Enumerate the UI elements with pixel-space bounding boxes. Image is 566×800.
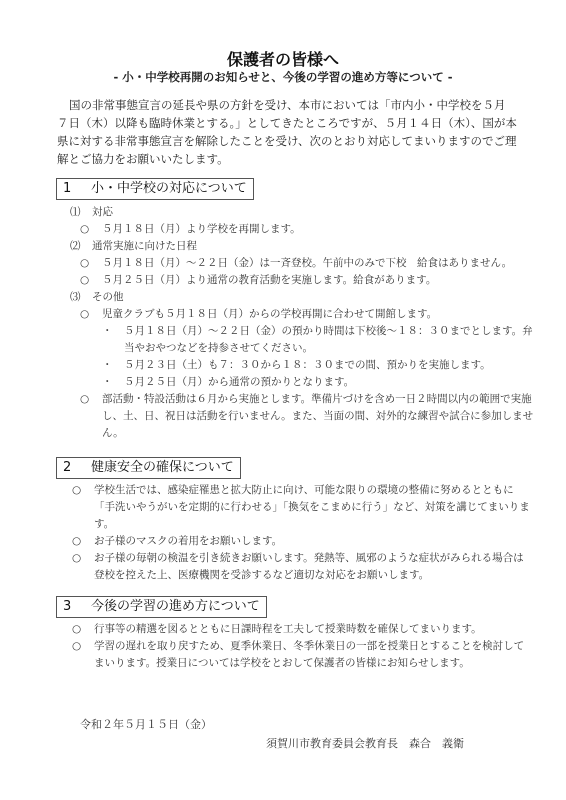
circle-bullet-icon: ○ — [80, 391, 102, 442]
intro-text: 国の非常事態宣言の延長や県の方針を受け、本市においては「市内小・中学校を５月７日… — [57, 96, 517, 168]
section-title: 小・中学校の対応について — [91, 181, 247, 196]
dot-bullet-icon: ・ — [102, 357, 124, 374]
list-item-nested: ・ ５月２３日（土）も７：３０から１８：３０までの間、預かりを実施します。 — [64, 357, 534, 374]
section-3-heading: 3今後の学習の進め方について — [56, 596, 267, 618]
list-item: ○ ５月１８日（月）より学校を再開します。 — [64, 221, 534, 238]
document-title: 保護者の皆様へ — [0, 47, 566, 70]
section-3-body: ○ 行事等の精選を図るとともに日課時程を工夫して授業時数を確保してまいります。 … — [64, 621, 534, 672]
dot-bullet-icon: ・ — [102, 374, 124, 391]
list-item: ○ 学校生活では、感染症罹患と拡大防止に向け、可能な限りの環境の整備に努めるとと… — [64, 482, 534, 533]
circle-bullet-icon: ○ — [80, 255, 102, 272]
circle-bullet-icon: ○ — [72, 482, 94, 533]
issue-date: 令和２年５月１５日（金） — [80, 716, 212, 732]
circle-bullet-icon: ○ — [80, 221, 102, 238]
section-number: 1 — [63, 179, 91, 199]
list-item-nested: ・ ５月２５日（月）から通常の預かりとなります。 — [64, 374, 534, 391]
subsection-heading: ⑴対応 — [64, 204, 534, 221]
list-item: ○ 学習の遅れを取り戻すため、夏季休業日、冬季休業日の一部を授業日とすることを検… — [64, 638, 534, 672]
signer: 須賀川市教育委員会教育長 森合 義衛 — [266, 735, 464, 751]
section-number: 3 — [63, 597, 91, 617]
list-item: ○ 部活動・特設活動は６月から実施とします。準備片づけを含め一日２時間以内の範囲… — [64, 391, 534, 442]
notice-document: 保護者の皆様へ - 小・中学校再開のお知らせと、今後の学習の進め方等について -… — [0, 0, 566, 800]
section-title: 今後の学習の進め方について — [91, 599, 260, 614]
section-1-heading: 1小・中学校の対応について — [56, 178, 254, 200]
list-item: ○ 児童クラブも５月１８日（月）からの学校再開に合わせて開館します。 — [64, 306, 534, 323]
section-number: 2 — [63, 458, 91, 478]
circle-bullet-icon: ○ — [72, 533, 94, 550]
list-item: ○ 行事等の精選を図るとともに日課時程を工夫して授業時数を確保してまいります。 — [64, 621, 534, 638]
list-item-nested: ・ ５月１８日（月）～２２日（金）の預かり時間は下校後～１８：３０までとします。… — [64, 323, 534, 357]
dot-bullet-icon: ・ — [102, 323, 124, 357]
section-title: 健康安全の確保について — [91, 460, 234, 475]
list-item: ○ ５月１８日（月）～２２日（金）は一斉登校。午前中のみで下校 給食はありません… — [64, 255, 534, 272]
circle-bullet-icon: ○ — [72, 550, 94, 584]
circle-bullet-icon: ○ — [72, 621, 94, 638]
circle-bullet-icon: ○ — [72, 638, 94, 672]
subsection-heading: ⑵通常実施に向けた日程 — [64, 238, 534, 255]
subsection-heading: ⑶その他 — [64, 289, 534, 306]
circle-bullet-icon: ○ — [80, 306, 102, 323]
list-item: ○ お子様の毎朝の検温を引き続きお願いします。発熱等、風邪のような症状がみられる… — [64, 550, 534, 584]
section-1-body: ⑴対応 ○ ５月１８日（月）より学校を再開します。 ⑵通常実施に向けた日程 ○ … — [64, 204, 534, 442]
circle-bullet-icon: ○ — [80, 272, 102, 289]
list-item: ○ ５月２５日（月）より通常の教育活動を実施します。給食があります。 — [64, 272, 534, 289]
section-2-heading: 2健康安全の確保について — [56, 457, 241, 479]
list-item: ○ お子様のマスクの着用をお願いします。 — [64, 533, 534, 550]
document-subtitle: - 小・中学校再開のお知らせと、今後の学習の進め方等について - — [0, 69, 566, 85]
section-2-body: ○ 学校生活では、感染症罹患と拡大防止に向け、可能な限りの環境の整備に努めるとと… — [64, 482, 534, 584]
intro-paragraph: 国の非常事態宣言の延長や県の方針を受け、本市においては「市内小・中学校を５月７日… — [57, 96, 517, 168]
